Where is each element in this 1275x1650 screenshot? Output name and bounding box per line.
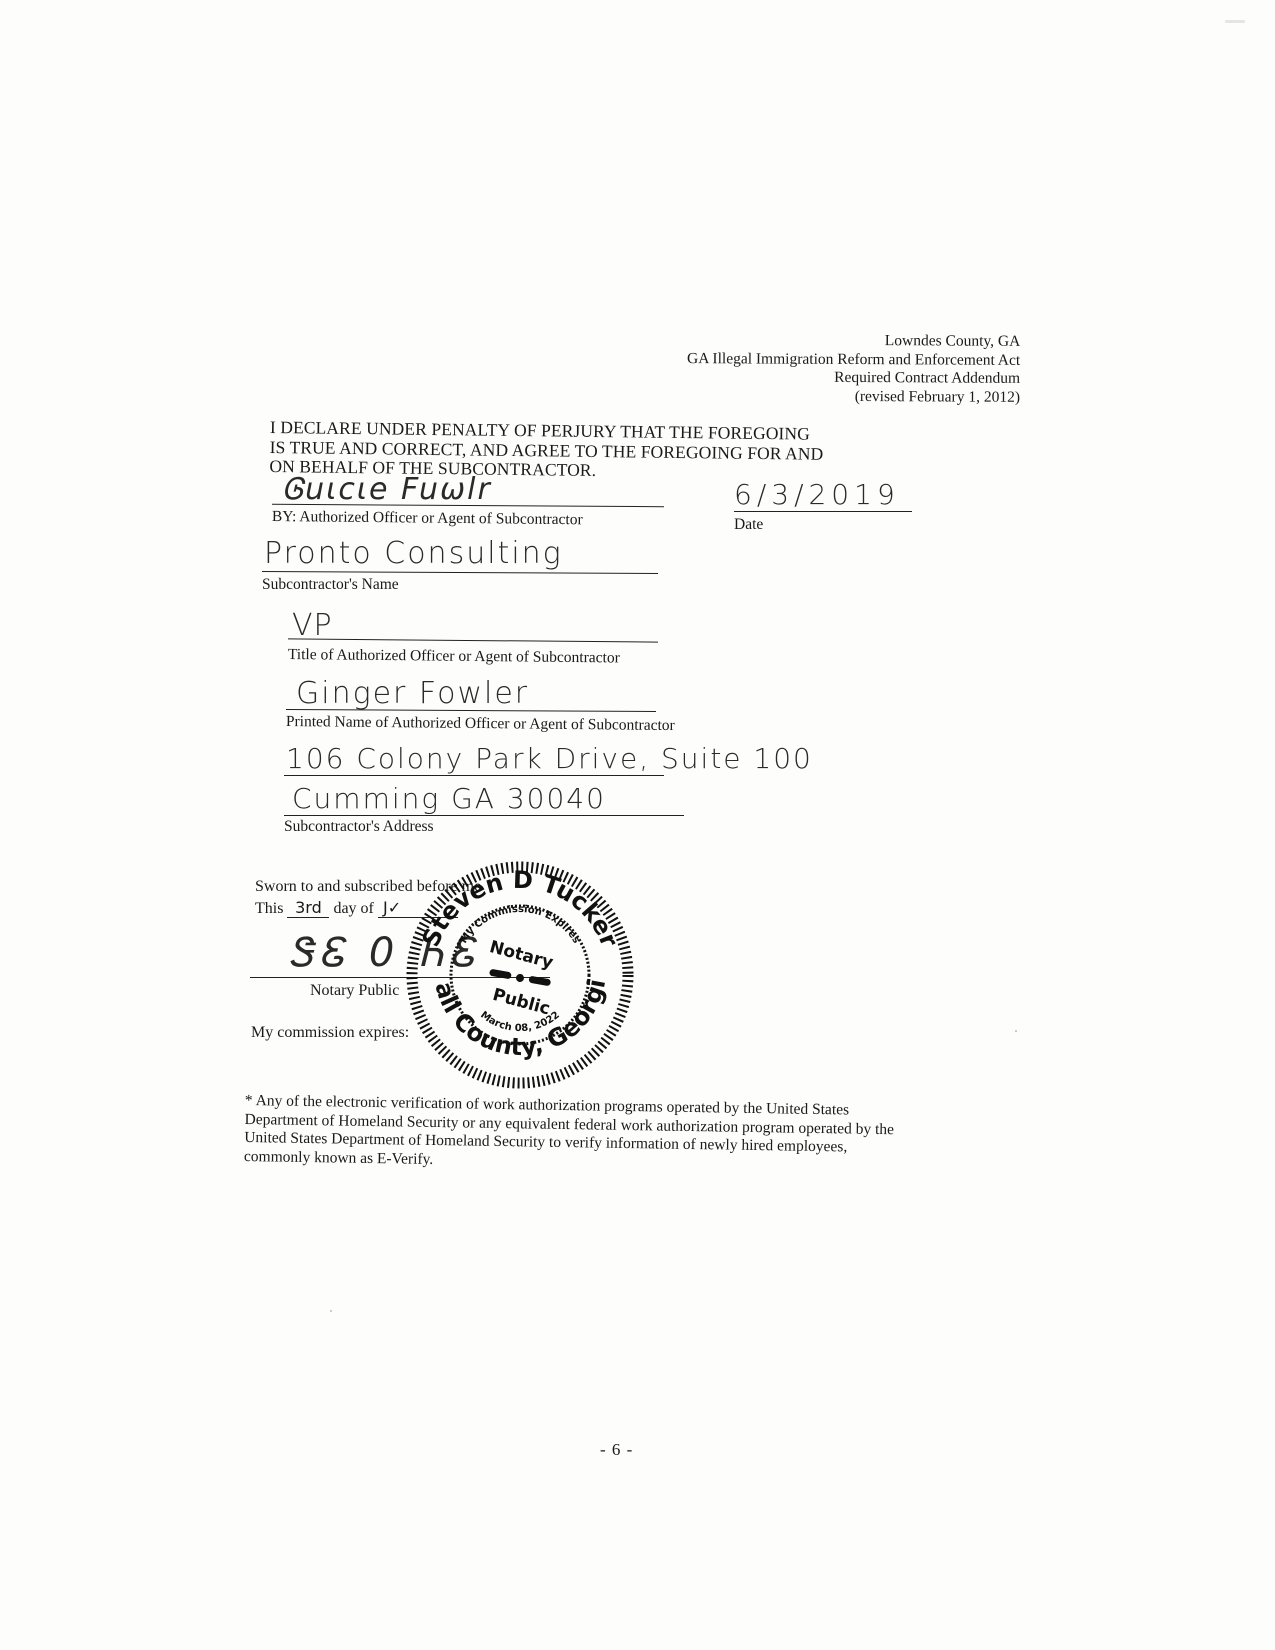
date-line bbox=[734, 511, 912, 512]
document-header: Lowndes County, GA GA Illegal Immigratio… bbox=[687, 331, 1021, 407]
svg-text:Public: Public bbox=[490, 985, 552, 1019]
header-act-title: GA Illegal Immigration Reform and Enforc… bbox=[687, 350, 1020, 370]
officer-title-label: Title of Authorized Officer or Agent of … bbox=[288, 646, 620, 667]
commission-expires-label: My commission expires: bbox=[251, 1024, 409, 1042]
subcontractor-name-value: Pronto Consulting bbox=[264, 536, 563, 571]
date-label: Date bbox=[734, 516, 763, 534]
header-revision: (revised February 1, 2012) bbox=[687, 387, 1020, 407]
date-value: 6/3/2019 bbox=[734, 478, 900, 511]
address-line2-value: Cumming GA 30040 bbox=[292, 782, 606, 815]
address-line1-value: 106 Colony Park Drive, Suite 100 bbox=[286, 742, 813, 775]
scan-artifact bbox=[330, 1310, 332, 1312]
header-addendum: Required Contract Addendum bbox=[687, 368, 1020, 388]
notary-seal: Steven D Tucker Hall County, Georgia My … bbox=[405, 860, 635, 1090]
notary-day-value: 3rd bbox=[287, 898, 329, 918]
printed-name-value: Ginger Fowler bbox=[296, 676, 529, 711]
signature-label: BY: Authorized Officer or Agent of Subco… bbox=[272, 508, 583, 529]
page-number: - 6 - bbox=[600, 1440, 633, 1460]
header-county: Lowndes County, GA bbox=[687, 331, 1020, 351]
officer-title-line bbox=[288, 638, 658, 642]
subcontractor-name-label: Subcontractor's Name bbox=[262, 576, 399, 594]
notary-public-label: Notary Public bbox=[310, 982, 399, 1000]
svg-text:Notary: Notary bbox=[487, 937, 555, 973]
officer-signature: Ꮆuιcιe Fuωlr bbox=[282, 472, 492, 507]
svg-text:My Commission Expires: My Commission Expires bbox=[458, 904, 581, 946]
e-verify-footnote: * Any of the electronic verification of … bbox=[244, 1092, 975, 1177]
address-label: Subcontractor's Address bbox=[284, 818, 434, 836]
address-line1 bbox=[284, 775, 664, 776]
scan-artifact bbox=[1015, 1030, 1017, 1032]
notary-seal-icon: Steven D Tucker Hall County, Georgia My … bbox=[405, 860, 635, 1090]
scan-artifact bbox=[1225, 20, 1245, 23]
printed-name-label: Printed Name of Authorized Officer or Ag… bbox=[286, 713, 675, 735]
subcontractor-name-line bbox=[262, 571, 658, 574]
address-line2 bbox=[284, 815, 684, 816]
